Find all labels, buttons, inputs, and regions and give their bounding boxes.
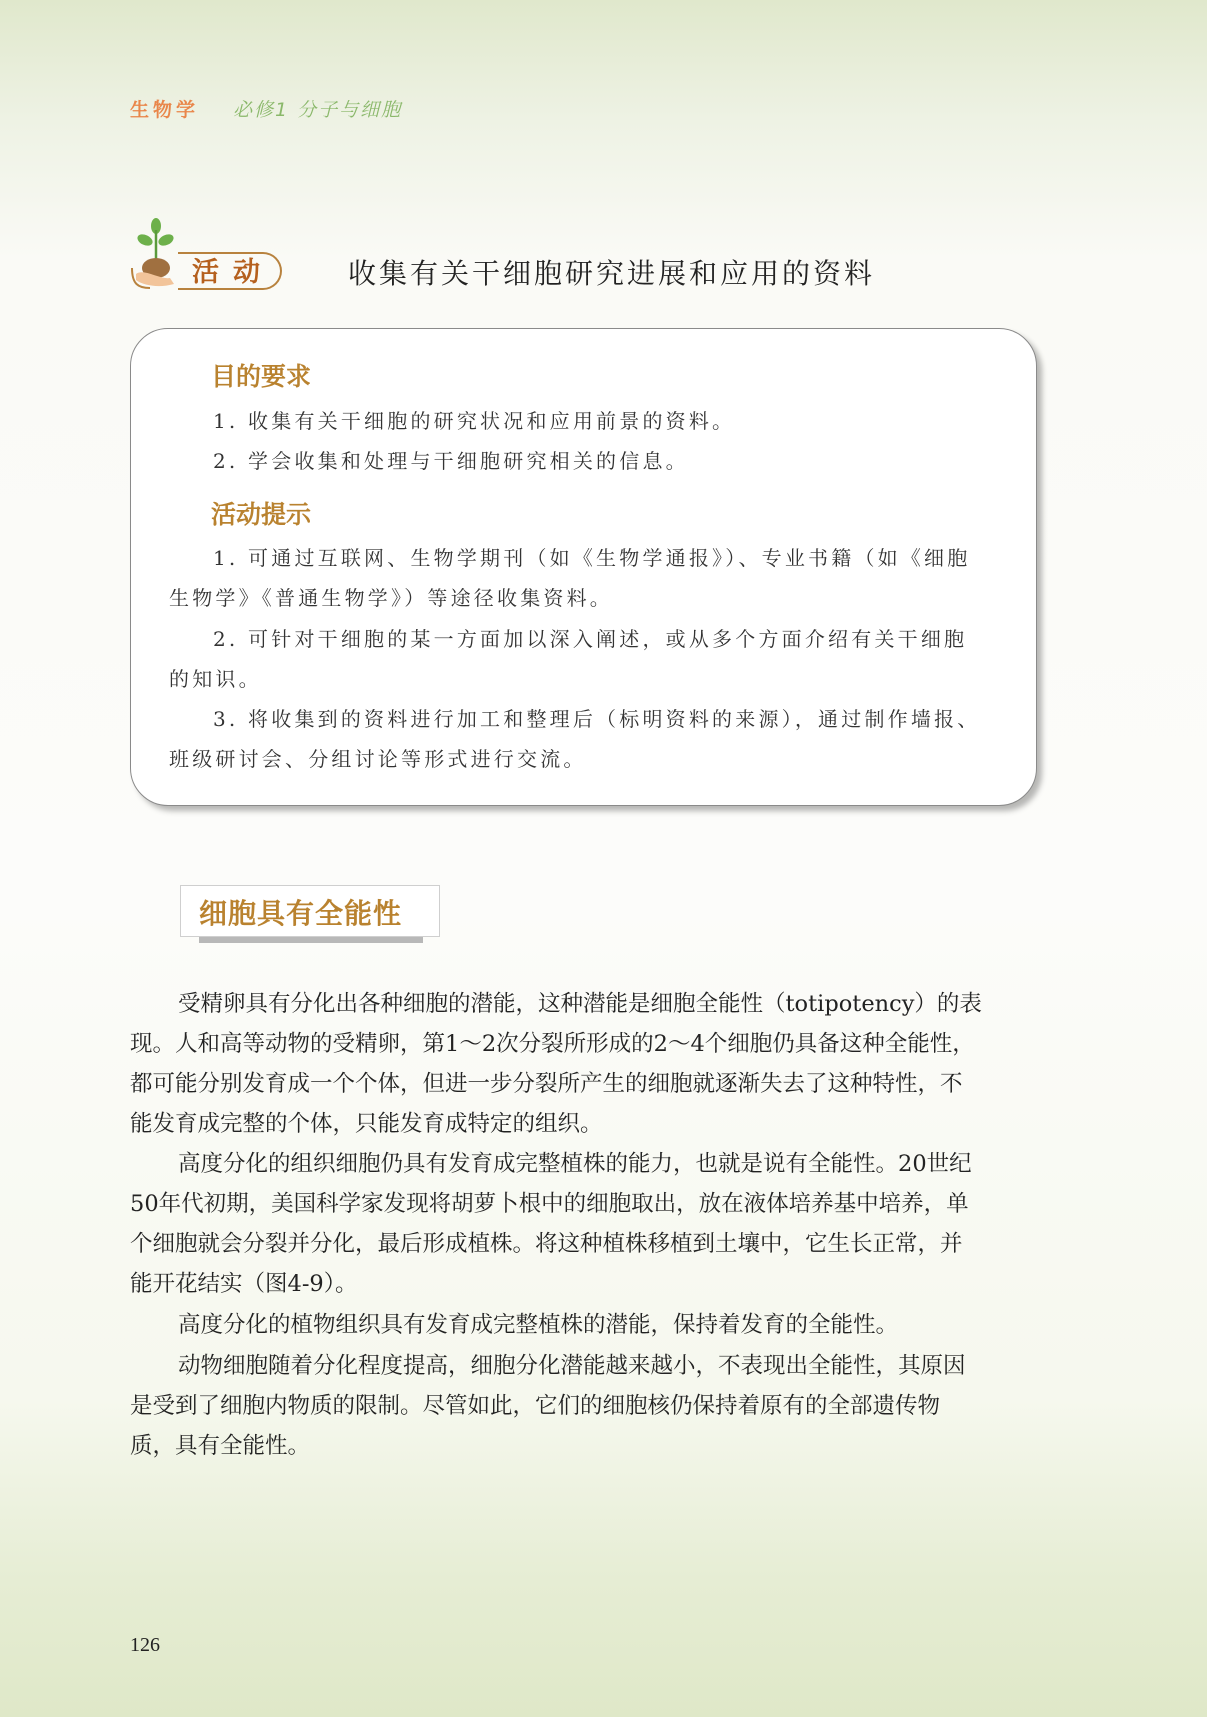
body-line: 受精卵具有分化出各种细胞的潜能，这种潜能是细胞全能性（totipotency）的… xyxy=(178,986,1085,1018)
purpose-heading: 目的要求 xyxy=(211,357,311,393)
tips-line: 3. 将收集到的资料进行加工和整理后（标明资料的来源），通过制作墙报、 xyxy=(213,703,980,732)
activity-label: 活动 xyxy=(192,250,274,289)
body-line: 都可能分别发育成一个个体，但进一步分裂所产生的细胞就逐渐失去了这种特性，不 xyxy=(130,1066,1037,1098)
body-line: 现。人和高等动物的受精卵，第1～2次分裂所形成的2～4个细胞仍具备这种全能性， xyxy=(130,1026,1037,1058)
tips-line: 2. 可针对干细胞的某一方面加以深入阐述，或从多个方面介绍有关干细胞 xyxy=(213,623,967,652)
subject-label: 生物学 xyxy=(130,99,199,121)
tips-line: 班级研讨会、分组讨论等形式进行交流。 xyxy=(169,743,587,772)
tips-heading: 活动提示 xyxy=(211,495,311,531)
purpose-item: 1. 收集有关干细胞的研究状况和应用前景的资料。 xyxy=(213,405,735,434)
tips-line: 1. 可通过互联网、生物学期刊（如《生物学通报》）、专业书籍（如《细胞 xyxy=(213,542,970,571)
body-line: 质，具有全能性。 xyxy=(130,1428,1037,1460)
body-line: 50年代初期，美国科学家发现将胡萝卜根中的细胞取出，放在液体培养基中培养，单 xyxy=(130,1186,1037,1218)
body-line: 能开花结实（图4-9）。 xyxy=(130,1266,1037,1298)
body-line: 高度分化的植物组织具有发育成完整植株的潜能，保持着发育的全能性。 xyxy=(178,1307,1085,1339)
running-header: 生物学必修1 分子与细胞 xyxy=(130,95,402,122)
book-label: 必修1 分子与细胞 xyxy=(233,99,402,121)
body-line: 动物细胞随着分化程度提高，细胞分化潜能越来越小，不表现出全能性，其原因 xyxy=(178,1348,1085,1380)
section-title-box: 细胞具有全能性 xyxy=(180,885,440,937)
section-title-shadow xyxy=(199,937,423,943)
activity-box: 目的要求 1. 收集有关干细胞的研究状况和应用前景的资料。 2. 学会收集和处理… xyxy=(130,328,1037,806)
section-title: 细胞具有全能性 xyxy=(199,892,402,932)
purpose-item: 2. 学会收集和处理与干细胞研究相关的信息。 xyxy=(213,445,689,474)
page-number: 126 xyxy=(130,1634,160,1657)
body-line: 个细胞就会分裂并分化，最后形成植株。将这种植株移植到土壤中，它生长正常，并 xyxy=(130,1226,1037,1258)
body-line: 高度分化的组织细胞仍具有发育成完整植株的能力，也就是说有全能性。20世纪 xyxy=(178,1146,1085,1178)
tips-line: 的知识。 xyxy=(169,663,262,692)
activity-title: 收集有关干细胞研究进展和应用的资料 xyxy=(348,252,875,292)
activity-badge: 活动 xyxy=(130,218,285,290)
body-line: 是受到了细胞内物质的限制。尽管如此，它们的细胞核仍保持着原有的全部遗传物 xyxy=(130,1388,1037,1420)
tips-line: 生物学》《普通生物学》）等途径收集资料。 xyxy=(169,582,613,611)
body-line: 能发育成完整的个体，只能发育成特定的组织。 xyxy=(130,1106,1037,1138)
